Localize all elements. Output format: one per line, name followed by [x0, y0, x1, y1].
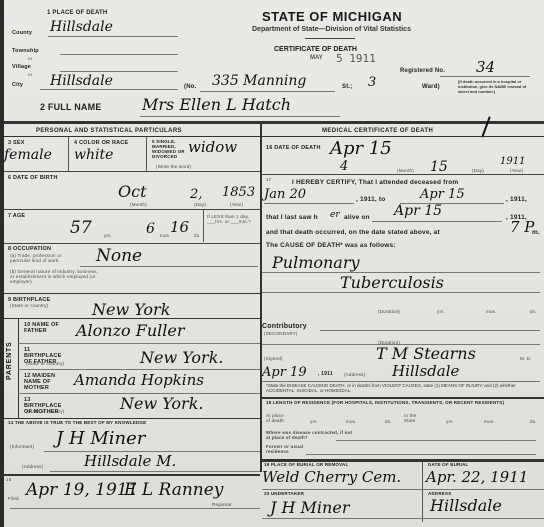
ward-value: 3 — [368, 76, 376, 89]
age-years: 57 — [70, 220, 92, 237]
dod-day: 15 — [430, 160, 448, 174]
informant-value: J H Miner — [56, 430, 145, 448]
undertaker-label: 20 UNDERTAKER — [264, 492, 304, 497]
dob-day: 2, — [190, 188, 202, 201]
occupation-a-label: (a) Trade, profession or particular kind… — [10, 254, 80, 264]
filed-date: Apr 19, 1911 — [26, 482, 138, 499]
checkmark-icon — [481, 116, 490, 137]
column-divider — [260, 124, 262, 472]
registrar-signature: E L Ranney — [124, 482, 223, 499]
ds-caption: ds. — [194, 234, 201, 239]
physician-signature: T M Stearns — [376, 346, 476, 362]
in-state-label: In the State — [404, 414, 424, 424]
city-value: Hillsdale — [50, 74, 113, 88]
father-birthplace-hint: (State or country) — [26, 362, 64, 367]
signed-label: (Signed) — [264, 357, 283, 362]
undertaker-address-value: Hillsdale — [430, 498, 502, 514]
informant-statement: 14 THE ABOVE IS TRUE TO THE BEST OF MY K… — [8, 421, 146, 426]
mos-caption: mos. — [484, 420, 495, 425]
field-line — [80, 266, 258, 267]
cause-line-2: Tuberculosis — [340, 275, 444, 291]
at-place-label: At place of death — [266, 414, 288, 424]
attended-from: Jan 20 — [264, 188, 306, 201]
father-name-label: 10 NAME OF FATHER — [24, 322, 64, 334]
ward-label: Ward) — [422, 84, 440, 91]
occupation-value: None — [96, 248, 142, 265]
field-line — [306, 454, 536, 455]
divider — [18, 369, 260, 370]
divider — [18, 343, 260, 344]
dod-month-number: 4 — [340, 160, 348, 173]
informant-label: (Informant) — [10, 445, 34, 450]
field-line — [50, 471, 260, 472]
yrs-caption: yrs. — [310, 420, 318, 425]
divider — [4, 293, 260, 294]
mother-name-value: Amanda Hopkins — [74, 373, 204, 388]
father-name-value: Alonzo Fuller — [76, 323, 185, 339]
birthplace-hint: (State or country) — [10, 304, 48, 309]
cell-divider — [203, 210, 204, 242]
yrs-caption: yrs. — [104, 234, 112, 239]
physician-address: Hillsdale — [392, 364, 459, 379]
certify-text: I HEREBY CERTIFY, That I attended deceas… — [292, 179, 458, 186]
field-line — [48, 36, 178, 37]
dob-year: 1853 — [222, 186, 255, 199]
field-line — [60, 71, 178, 72]
st-label: St.; — [342, 84, 352, 91]
divider — [262, 136, 544, 137]
ds-caption: ds. — [530, 420, 537, 425]
age-days: 16 — [170, 220, 189, 235]
dod-label: 16 DATE OF DEATH — [266, 145, 321, 151]
field-line — [262, 292, 540, 293]
cert-number: 17 — [266, 178, 271, 183]
father-birthplace-value: New York. — [140, 350, 223, 366]
sex-value: female — [4, 148, 52, 162]
divider — [262, 489, 544, 490]
field-line — [10, 508, 260, 509]
county-value: Hillsdale — [50, 20, 113, 34]
hospital-note: [If death occurred in a hospital or inst… — [458, 80, 533, 94]
signed-date: Apr 19 — [262, 366, 307, 379]
time-of-death: 7 P — [510, 220, 534, 235]
color-value: white — [74, 148, 113, 162]
department-title: Department of State—Division of Vital St… — [252, 26, 411, 33]
mos-caption: mos. — [346, 420, 357, 425]
mos-caption: mos. — [486, 310, 497, 315]
mother-name-label: 12 MAIDEN NAME OF MOTHER — [24, 373, 64, 391]
undertaker-value: J H Miner — [270, 500, 349, 516]
divider — [305, 38, 355, 39]
occupation-label: 8 OCCUPATION — [8, 246, 51, 252]
city-label: City — [12, 82, 23, 88]
field-line — [320, 330, 540, 331]
cell-divider — [422, 462, 423, 522]
ds-caption: ds. — [385, 420, 392, 425]
alive-on-text: alive on — [344, 214, 370, 221]
contributory-label: Contributory — [262, 323, 307, 331]
cause-label: The CAUSE OF DEATH* was as follows: — [266, 242, 396, 249]
received-stamp-date: 5 1911 — [336, 52, 376, 65]
divider — [4, 474, 260, 476]
physician-address-label: (Address) — [344, 373, 365, 378]
occupation-b-label: (b) General nature of industry, business… — [10, 270, 102, 285]
year-text: , 1911, to — [356, 196, 385, 203]
less-than-label: If LESS than 1 day, ___hrs. or ___min.? — [207, 215, 257, 225]
m-label: m. — [532, 229, 540, 236]
field-line — [200, 91, 335, 92]
divider — [4, 243, 260, 244]
mos-caption: mos. — [160, 234, 171, 239]
field-line — [262, 381, 540, 382]
md-label: M. D. — [520, 357, 532, 362]
last-saw-text: that I last saw h — [266, 214, 318, 221]
street-no-label: (No. — [184, 84, 196, 91]
full-name-label: 2 FULL NAME — [40, 103, 102, 113]
yrs-caption: yrs. — [446, 420, 454, 425]
cause-footnote: *State the DISEASE CAUSING DEATH, or in … — [266, 383, 538, 394]
attended-to: Apr 15 — [420, 188, 465, 201]
mother-birthplace-hint: (State or country) — [26, 410, 64, 415]
death-certificate: STATE OF MICHIGAN Department of State—Di… — [0, 0, 544, 527]
or-label: or — [28, 57, 32, 62]
marital-value: widow — [188, 140, 237, 155]
divider — [262, 518, 544, 519]
full-name-value: Mrs Ellen L Hatch — [142, 97, 291, 113]
township-label: Township — [12, 48, 39, 54]
divider — [4, 209, 260, 210]
cell-divider — [18, 318, 19, 418]
county-label: County — [12, 30, 32, 36]
birthplace-value: New York — [92, 302, 170, 318]
medical-heading: MEDICAL CERTIFICATE OF DEATH — [322, 128, 433, 134]
last-saw-date: Apr 15 — [394, 204, 442, 218]
year-text: , 1911, — [506, 196, 527, 203]
parents-label: PARENTS — [6, 341, 13, 380]
or-label: or — [28, 73, 32, 78]
divider — [4, 318, 260, 319]
filed-number: 15 — [6, 478, 11, 483]
month-caption: (Month) — [130, 203, 147, 208]
field-line — [372, 221, 502, 222]
dod-month-written: Apr 15 — [330, 140, 392, 158]
divider — [262, 174, 544, 175]
village-label: Village — [12, 64, 31, 70]
informant-address-label: (Address) — [22, 465, 43, 470]
dob-month: Oct — [118, 184, 147, 200]
filed-label: Filed — [8, 497, 19, 502]
field-line — [140, 116, 340, 117]
sex-label: 3 SEX — [8, 140, 25, 146]
burial-place-value: Weld Cherry Cem. — [262, 470, 401, 485]
field-line — [336, 440, 536, 441]
cause-line-1: Pulmonary — [272, 255, 360, 271]
day-caption: (Day) — [194, 203, 206, 208]
divider — [4, 418, 260, 419]
mother-birthplace-value: New York. — [120, 396, 203, 412]
cell-divider — [68, 137, 69, 171]
personal-heading: PERSONAL AND STATISTICAL PARTICULARS — [36, 128, 182, 134]
marital-hint: (Write the word) — [156, 165, 191, 170]
divider — [262, 397, 544, 399]
marital-label: 5 SINGLE, MARRIED, WIDOWED OR DIVORCED — [152, 140, 192, 160]
ds-caption: ds. — [530, 310, 537, 315]
occurred-text: and that death occurred, on the date sta… — [266, 229, 440, 236]
burial-date-value: Apr. 22, 1911 — [426, 470, 528, 485]
year-caption: (Year) — [230, 203, 243, 208]
age-label: 7 AGE — [8, 213, 25, 219]
dod-year: 1911 — [500, 157, 525, 167]
former-residence-label: Former or usual residence — [266, 445, 306, 455]
field-line — [440, 76, 530, 77]
last-saw-pronoun: er — [330, 211, 340, 220]
yrs-caption: yrs. — [437, 310, 445, 315]
secondary-label: (SECONDARY) — [264, 332, 298, 337]
state-title: STATE OF MICHIGAN — [262, 9, 402, 24]
street-address-value: 335 Manning — [212, 74, 306, 88]
field-line — [40, 89, 178, 90]
color-label: 4 COLOR OR RACE — [74, 140, 128, 146]
age-months: 6 — [146, 222, 155, 236]
scan-edge — [0, 0, 4, 527]
registered-no-label: Registered No. — [400, 68, 445, 75]
informant-address-value: Hillsdale M. — [84, 454, 176, 469]
divider — [4, 136, 260, 137]
place-of-death-heading: 1 PLACE OF DEATH — [47, 10, 107, 17]
duration-label: (Duration) — [378, 310, 400, 315]
signed-year: , 1911 — [318, 372, 333, 378]
cell-divider — [146, 137, 147, 171]
divider — [4, 121, 544, 124]
dob-label: 6 DATE OF BIRTH — [8, 175, 58, 181]
registered-no-value: 34 — [476, 60, 495, 75]
received-stamp-month: MAY — [310, 55, 323, 61]
residence-label: 18 LENGTH OF RESIDENCE (FOR HOSPITALS, I… — [266, 401, 536, 406]
field-line — [264, 203, 354, 204]
divider — [4, 171, 260, 172]
field-line — [60, 54, 178, 55]
